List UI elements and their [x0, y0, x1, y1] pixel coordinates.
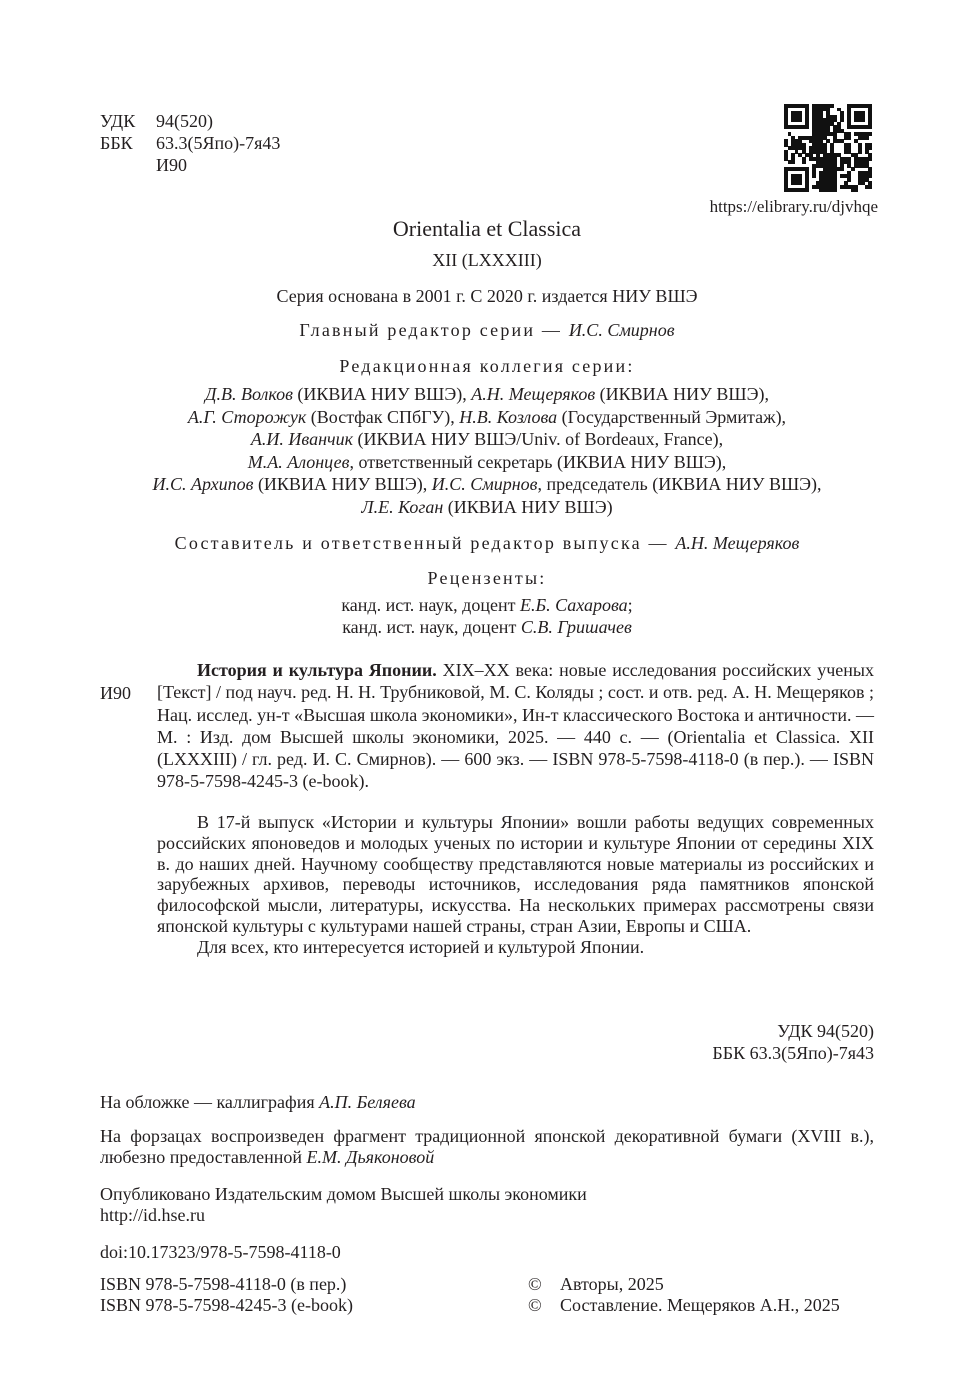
bbk-value: 63.3(5Япо)-7я43	[156, 132, 280, 154]
endpapers-note: На форзацах воспроизведен фрагмент тради…	[100, 1126, 874, 1167]
biblio-author-sign: И90	[100, 683, 131, 703]
book-title: История и культура Японии.	[197, 660, 437, 680]
copyright-list: ©Авторы, 2025 ©Составление. Мещеряков А.…	[528, 1274, 840, 1316]
compiler-name: А.Н. Мещеряков	[675, 533, 799, 553]
series-founded: Серия основана в 2001 г. С 2020 г. издае…	[0, 286, 974, 306]
compiler: Составитель и ответственный редактор вып…	[0, 533, 974, 553]
reviewer: канд. ист. наук, доцент Е.Б. Сахарова;	[0, 595, 974, 617]
publisher-info: Опубликовано Издательским домом Высшей ш…	[100, 1184, 874, 1226]
publisher-url[interactable]: http://id.hse.ru	[100, 1205, 874, 1226]
board-member-line: А.Г. Сторожук (Востфак СПбГУ), Н.В. Козл…	[0, 406, 974, 429]
series-number: XII (LXXXIII)	[0, 250, 974, 270]
udk-value: 94(520)	[156, 110, 213, 132]
board-member-line: Л.Е. Коган (ИКВИА НИУ ВШЭ)	[0, 496, 974, 519]
cover-artist: А.П. Беляева	[319, 1092, 416, 1112]
chief-editor-label: Главный редактор серии —	[299, 320, 568, 340]
board-member-line: И.С. Архипов (ИКВИА НИУ ВШЭ), И.С. Смирн…	[0, 473, 974, 496]
isbn-list: ISBN 978-5-7598-4118-0 (в пер.) ISBN 978…	[100, 1274, 353, 1316]
reviewer: канд. ист. наук, доцент С.В. Гришачев	[0, 617, 974, 639]
reviewers-heading: Рецензенты:	[0, 568, 974, 588]
author-sign: И90	[156, 154, 187, 176]
udk-label: УДК	[100, 110, 156, 132]
abstract: В 17-й выпуск «Истории и культуры Японии…	[157, 812, 874, 958]
classification-footer: УДК 94(520) ББК 63.3(5Япо)-7я43	[712, 1020, 874, 1064]
cover-note: На обложке — каллиграфия А.П. Беляева	[100, 1092, 874, 1112]
copyright-icon: ©	[528, 1295, 560, 1316]
qr-url[interactable]: https://elibrary.ru/djvhqe	[710, 197, 878, 217]
classification-codes: УДК94(520) ББК63.3(5Япо)-7я43 И90	[100, 110, 280, 176]
udk-footer: УДК 94(520)	[712, 1020, 874, 1042]
abstract-paragraph: Для всех, кто интересуется историей и ку…	[157, 937, 874, 958]
board-member-line: А.И. Иванчик (ИКВИА НИУ ВШЭ/Univ. of Bor…	[0, 428, 974, 451]
reviewers-list: канд. ист. наук, доцент Е.Б. Сахарова; к…	[0, 595, 974, 638]
editorial-board-heading: Редакционная коллегия серии:	[0, 356, 974, 376]
isbn-print: ISBN 978-5-7598-4118-0 (в пер.)	[100, 1274, 353, 1295]
board-member-line: М.А. Алонцев, ответственный секретарь (И…	[0, 451, 974, 474]
doi[interactable]: doi:10.17323/978-5-7598-4118-0	[100, 1242, 874, 1262]
board-member-line: Д.В. Волков (ИКВИА НИУ ВШЭ), А.Н. Мещеря…	[0, 383, 974, 406]
editorial-board-list: Д.В. Волков (ИКВИА НИУ ВШЭ), А.Н. Мещеря…	[0, 383, 974, 518]
bibliographic-record: История и культура Японии. XIX–XX века: …	[157, 659, 874, 793]
publisher-line: Опубликовано Издательским домом Высшей ш…	[100, 1184, 874, 1205]
bbk-label: ББК	[100, 132, 156, 154]
endpapers-provider: Е.М. Дьяконовой	[307, 1147, 435, 1167]
copyright-icon: ©	[528, 1274, 560, 1295]
isbn-ebook: ISBN 978-5-7598-4245-3 (e-book)	[100, 1295, 353, 1316]
bbk-footer: ББК 63.3(5Япо)-7я43	[712, 1042, 874, 1064]
chief-editor: Главный редактор серии — И.С. Смирнов	[0, 320, 974, 340]
compiler-label: Составитель и ответственный редактор вып…	[175, 533, 676, 553]
chief-editor-name: И.С. Смирнов	[569, 320, 675, 340]
abstract-paragraph: В 17-й выпуск «Истории и культуры Японии…	[157, 812, 874, 937]
series-title: Orientalia et Classica	[0, 216, 974, 242]
qr-code-icon	[784, 104, 872, 192]
